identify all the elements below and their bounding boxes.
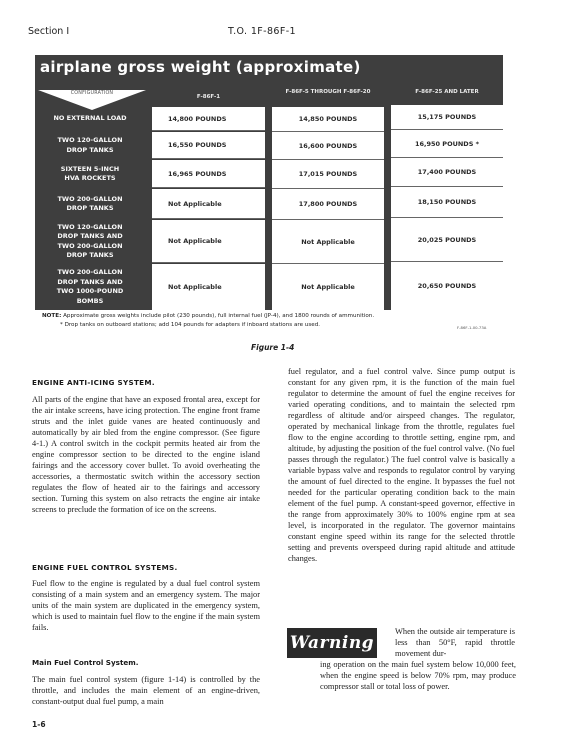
table-cell: 16,550 POUNDS bbox=[152, 132, 265, 159]
page-number: 1-6 bbox=[32, 720, 46, 729]
table-cell: Not Applicable bbox=[272, 220, 384, 264]
table-cell: 14,800 POUNDS bbox=[152, 107, 265, 131]
table-cell: 20,025 POUNDS bbox=[391, 218, 503, 262]
warning-text-part1: When the outside air temperature is less… bbox=[395, 626, 515, 659]
paragraph-right-column: fuel regulator, and a fuel control valve… bbox=[288, 366, 515, 564]
table-note: NOTE: Approximate gross weights include … bbox=[42, 313, 374, 319]
table-cell: 14,850 POUNDS bbox=[272, 107, 384, 132]
table-footnote: * Drop tanks on outboard stations; add 1… bbox=[60, 322, 320, 328]
heading-main-fuel: Main Fuel Control System. bbox=[32, 658, 138, 667]
note-label: NOTE: bbox=[42, 313, 61, 319]
warning-badge: Warning bbox=[287, 628, 377, 658]
table-cell: 16,965 POUNDS bbox=[152, 160, 265, 188]
table-cell: Not Applicable bbox=[152, 264, 265, 310]
column-header: F-86F-5 THROUGH F-86F-20 bbox=[272, 88, 384, 96]
row-config: SIXTEEN 5-INCH HVA ROCKETS bbox=[35, 160, 145, 188]
row-config: TWO 200-GALLON DROP TANKS bbox=[35, 189, 145, 219]
paragraph-main-fuel: The main fuel control system (figure 1-1… bbox=[32, 674, 260, 707]
figure-caption: Figure 1-4 bbox=[251, 343, 294, 352]
note-text: Approximate gross weights include pilot … bbox=[63, 313, 374, 319]
table-cell: 16,600 POUNDS bbox=[272, 132, 384, 160]
table-cell: 16,950 POUNDS * bbox=[391, 130, 503, 158]
figure-code: F-86F-1-00-73A bbox=[457, 325, 486, 330]
heading-fuel-control: ENGINE FUEL CONTROL SYSTEMS. bbox=[32, 563, 178, 572]
table-title: airplane gross weight (approximate) bbox=[40, 58, 361, 76]
table-cell: 17,800 POUNDS bbox=[272, 189, 384, 220]
warning-text-part2: ing operation on the main fuel system be… bbox=[320, 659, 516, 692]
row-config: TWO 120-GALLON DROP TANKS bbox=[35, 132, 145, 159]
row-config: TWO 200-GALLON DROP TANKS AND TWO 1000-P… bbox=[35, 264, 145, 310]
table-cell: 15,175 POUNDS bbox=[391, 105, 503, 130]
table-cell: 17,015 POUNDS bbox=[272, 160, 384, 189]
table-cell: Not Applicable bbox=[152, 189, 265, 219]
paragraph-anti-icing: All parts of the engine that have an exp… bbox=[32, 394, 260, 515]
column-header: F-86F-1 bbox=[152, 93, 265, 101]
table-cell: 18,150 POUNDS bbox=[391, 187, 503, 218]
gross-weight-table: airplane gross weight (approximate) CONF… bbox=[35, 55, 503, 310]
configuration-label: CONFIGURATION bbox=[38, 91, 146, 96]
section-label: Section I bbox=[28, 26, 69, 37]
document-id: T.O. 1F-86F-1 bbox=[228, 26, 296, 37]
row-config: TWO 120-GALLON DROP TANKS AND TWO 200-GA… bbox=[35, 220, 145, 263]
table-cell: Not Applicable bbox=[272, 264, 384, 310]
paragraph-fuel-control: Fuel flow to the engine is regulated by … bbox=[32, 578, 260, 633]
heading-anti-icing: ENGINE ANTI-ICING SYSTEM. bbox=[32, 378, 155, 387]
table-cell: Not Applicable bbox=[152, 220, 265, 263]
row-config: NO EXTERNAL LOAD bbox=[35, 107, 145, 131]
table-cell: 20,650 POUNDS bbox=[391, 262, 503, 310]
table-cell: 17,400 POUNDS bbox=[391, 158, 503, 187]
column-header: F-86F-25 AND LATER bbox=[391, 88, 503, 96]
